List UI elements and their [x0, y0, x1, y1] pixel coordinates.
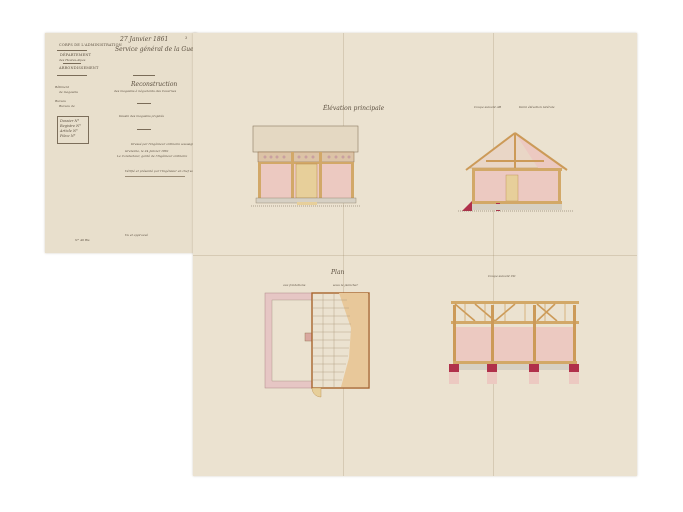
plan-title: Dessin des magasins projetés [119, 114, 164, 118]
note-1: Bâtiment [55, 85, 69, 89]
date: 27 Janvier 1861 [120, 36, 168, 43]
page-number: 3 [185, 36, 187, 40]
department-label: DÉPARTEMENT [60, 53, 91, 57]
divider [57, 50, 87, 51]
label-front-elevation: Élévation principale [323, 105, 384, 112]
section-ab-drawing [458, 123, 578, 218]
subtitle: Service général de la Guerre [115, 46, 203, 53]
front-elevation-drawing [251, 118, 363, 213]
signature-line [125, 176, 185, 177]
footer-ref: N° 49 Bis [75, 238, 90, 242]
approval-text: Dressé par l'Ingénieur ordinaire soussig… [131, 142, 196, 146]
stamp-line: Pièce N° [60, 134, 86, 139]
fold-line-horizontal [193, 255, 637, 256]
department-sub: des Hautes-Alpes [59, 58, 85, 62]
approval-line-2: Le Conducteur, gardé de l'Ingénieur ordi… [117, 154, 187, 158]
divider [133, 75, 155, 76]
division-label: ARRONDISSEMENT [59, 66, 99, 70]
footer-sign: Vu et approuvé [125, 233, 148, 237]
divider [137, 103, 151, 104]
label-half-side-elevation: Demi élévation latérale [519, 105, 554, 109]
cover-page: CORPS DE L'ADMINISTRATION DÉPARTEMENT de… [45, 33, 197, 253]
main-title-sub: des magasins à négociants des Cavernes [114, 89, 176, 93]
drawing-sheet: Élévation principale Coupe suivant AB De… [193, 33, 637, 476]
divider [63, 63, 81, 64]
registry-stamp: Dossier N° Registre N° Article N° Pièce … [57, 116, 89, 144]
label-plan-foundations: aux fondations [283, 283, 305, 287]
label-section-ab: Coupe suivant AB [474, 105, 501, 109]
label-section-cd: Coupe suivant CD [488, 274, 515, 278]
main-title: Reconstruction [131, 81, 177, 88]
label-plan: Plan [331, 269, 344, 276]
note-2-sub: Bureau de [59, 104, 75, 108]
cover-header: CORPS DE L'ADMINISTRATION [59, 43, 122, 47]
note-1-sub: de magasins [59, 90, 78, 94]
plan-drawing [261, 288, 373, 403]
label-plan-floor: sous le plancher [333, 283, 358, 287]
section-cd-drawing [445, 291, 585, 401]
note-2: Bureau [55, 99, 66, 103]
approval-line-1: Grenoble, le 24 Janvier 1861 [125, 149, 169, 153]
divider [57, 75, 87, 76]
divider [137, 129, 151, 130]
